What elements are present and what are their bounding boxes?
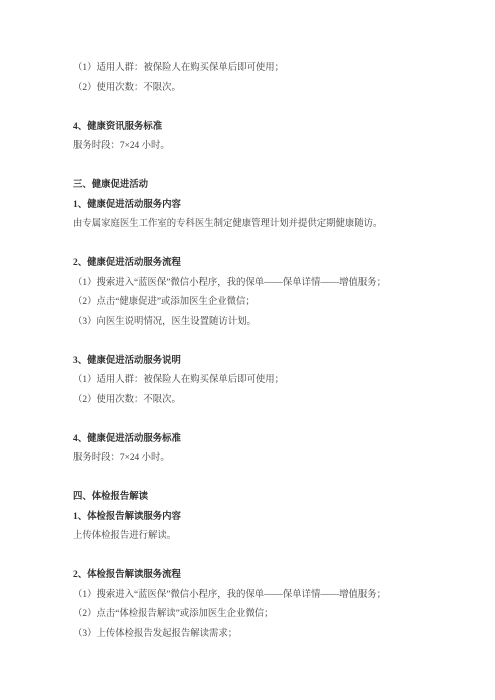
paragraph-line: （3）向医生说明情况，医生设置随访计划。 — [73, 313, 435, 333]
paragraph-line: （1）搜索进入“蓝医保”微信小程序，我的保单——保单详情——增值服务； — [73, 274, 435, 294]
paragraph-line: 上传体检报告进行解读。 — [73, 527, 435, 547]
paragraph-line: 由专属家庭医生工作室的专科医生制定健康管理计划并提供定期健康随访。 — [73, 215, 435, 235]
section-heading: 2、体检报告解读服务流程 — [73, 566, 435, 586]
paragraph-line: （1）适用人群：被保险人在购买保单后即可使用； — [73, 371, 435, 391]
paragraph-line: （2）使用次数：不限次。 — [73, 391, 435, 411]
paragraph-line: （1）适用人群：被保险人在购买保单后即可使用； — [73, 59, 435, 79]
document-page: （1）适用人群：被保险人在购买保单后即可使用； （2）使用次数：不限次。 4、健… — [0, 0, 495, 700]
section-heading: 2、健康促进活动服务流程 — [73, 254, 435, 274]
paragraph-line: （2）使用次数：不限次。 — [73, 79, 435, 99]
section-heading: 4、健康促进活动服务标准 — [73, 430, 435, 450]
section-heading: 1、体检报告解读服务内容 — [73, 508, 435, 528]
paragraph-line: 服务时段：7×24 小时。 — [73, 137, 435, 157]
section-heading: 4、健康资讯服务标准 — [73, 118, 435, 138]
paragraph-line: 服务时段：7×24 小时。 — [73, 449, 435, 469]
paragraph-line: （3）上传体检报告发起报告解读需求； — [73, 625, 435, 645]
section-heading: 1、健康促进活动服务内容 — [73, 196, 435, 216]
paragraph-line: （2）点击“体检报告解读”或添加医生企业微信； — [73, 605, 435, 625]
section-heading: 三、健康促进活动 — [73, 176, 435, 196]
document-body: （1）适用人群：被保险人在购买保单后即可使用； （2）使用次数：不限次。 4、健… — [73, 59, 435, 644]
paragraph-line: （1）搜索进入“蓝医保”微信小程序，我的保单——保单详情——增值服务； — [73, 586, 435, 606]
section-heading: 四、体检报告解读 — [73, 488, 435, 508]
paragraph-line: （2）点击“健康促进”或添加医生企业微信； — [73, 293, 435, 313]
section-heading: 3、健康促进活动服务说明 — [73, 352, 435, 372]
